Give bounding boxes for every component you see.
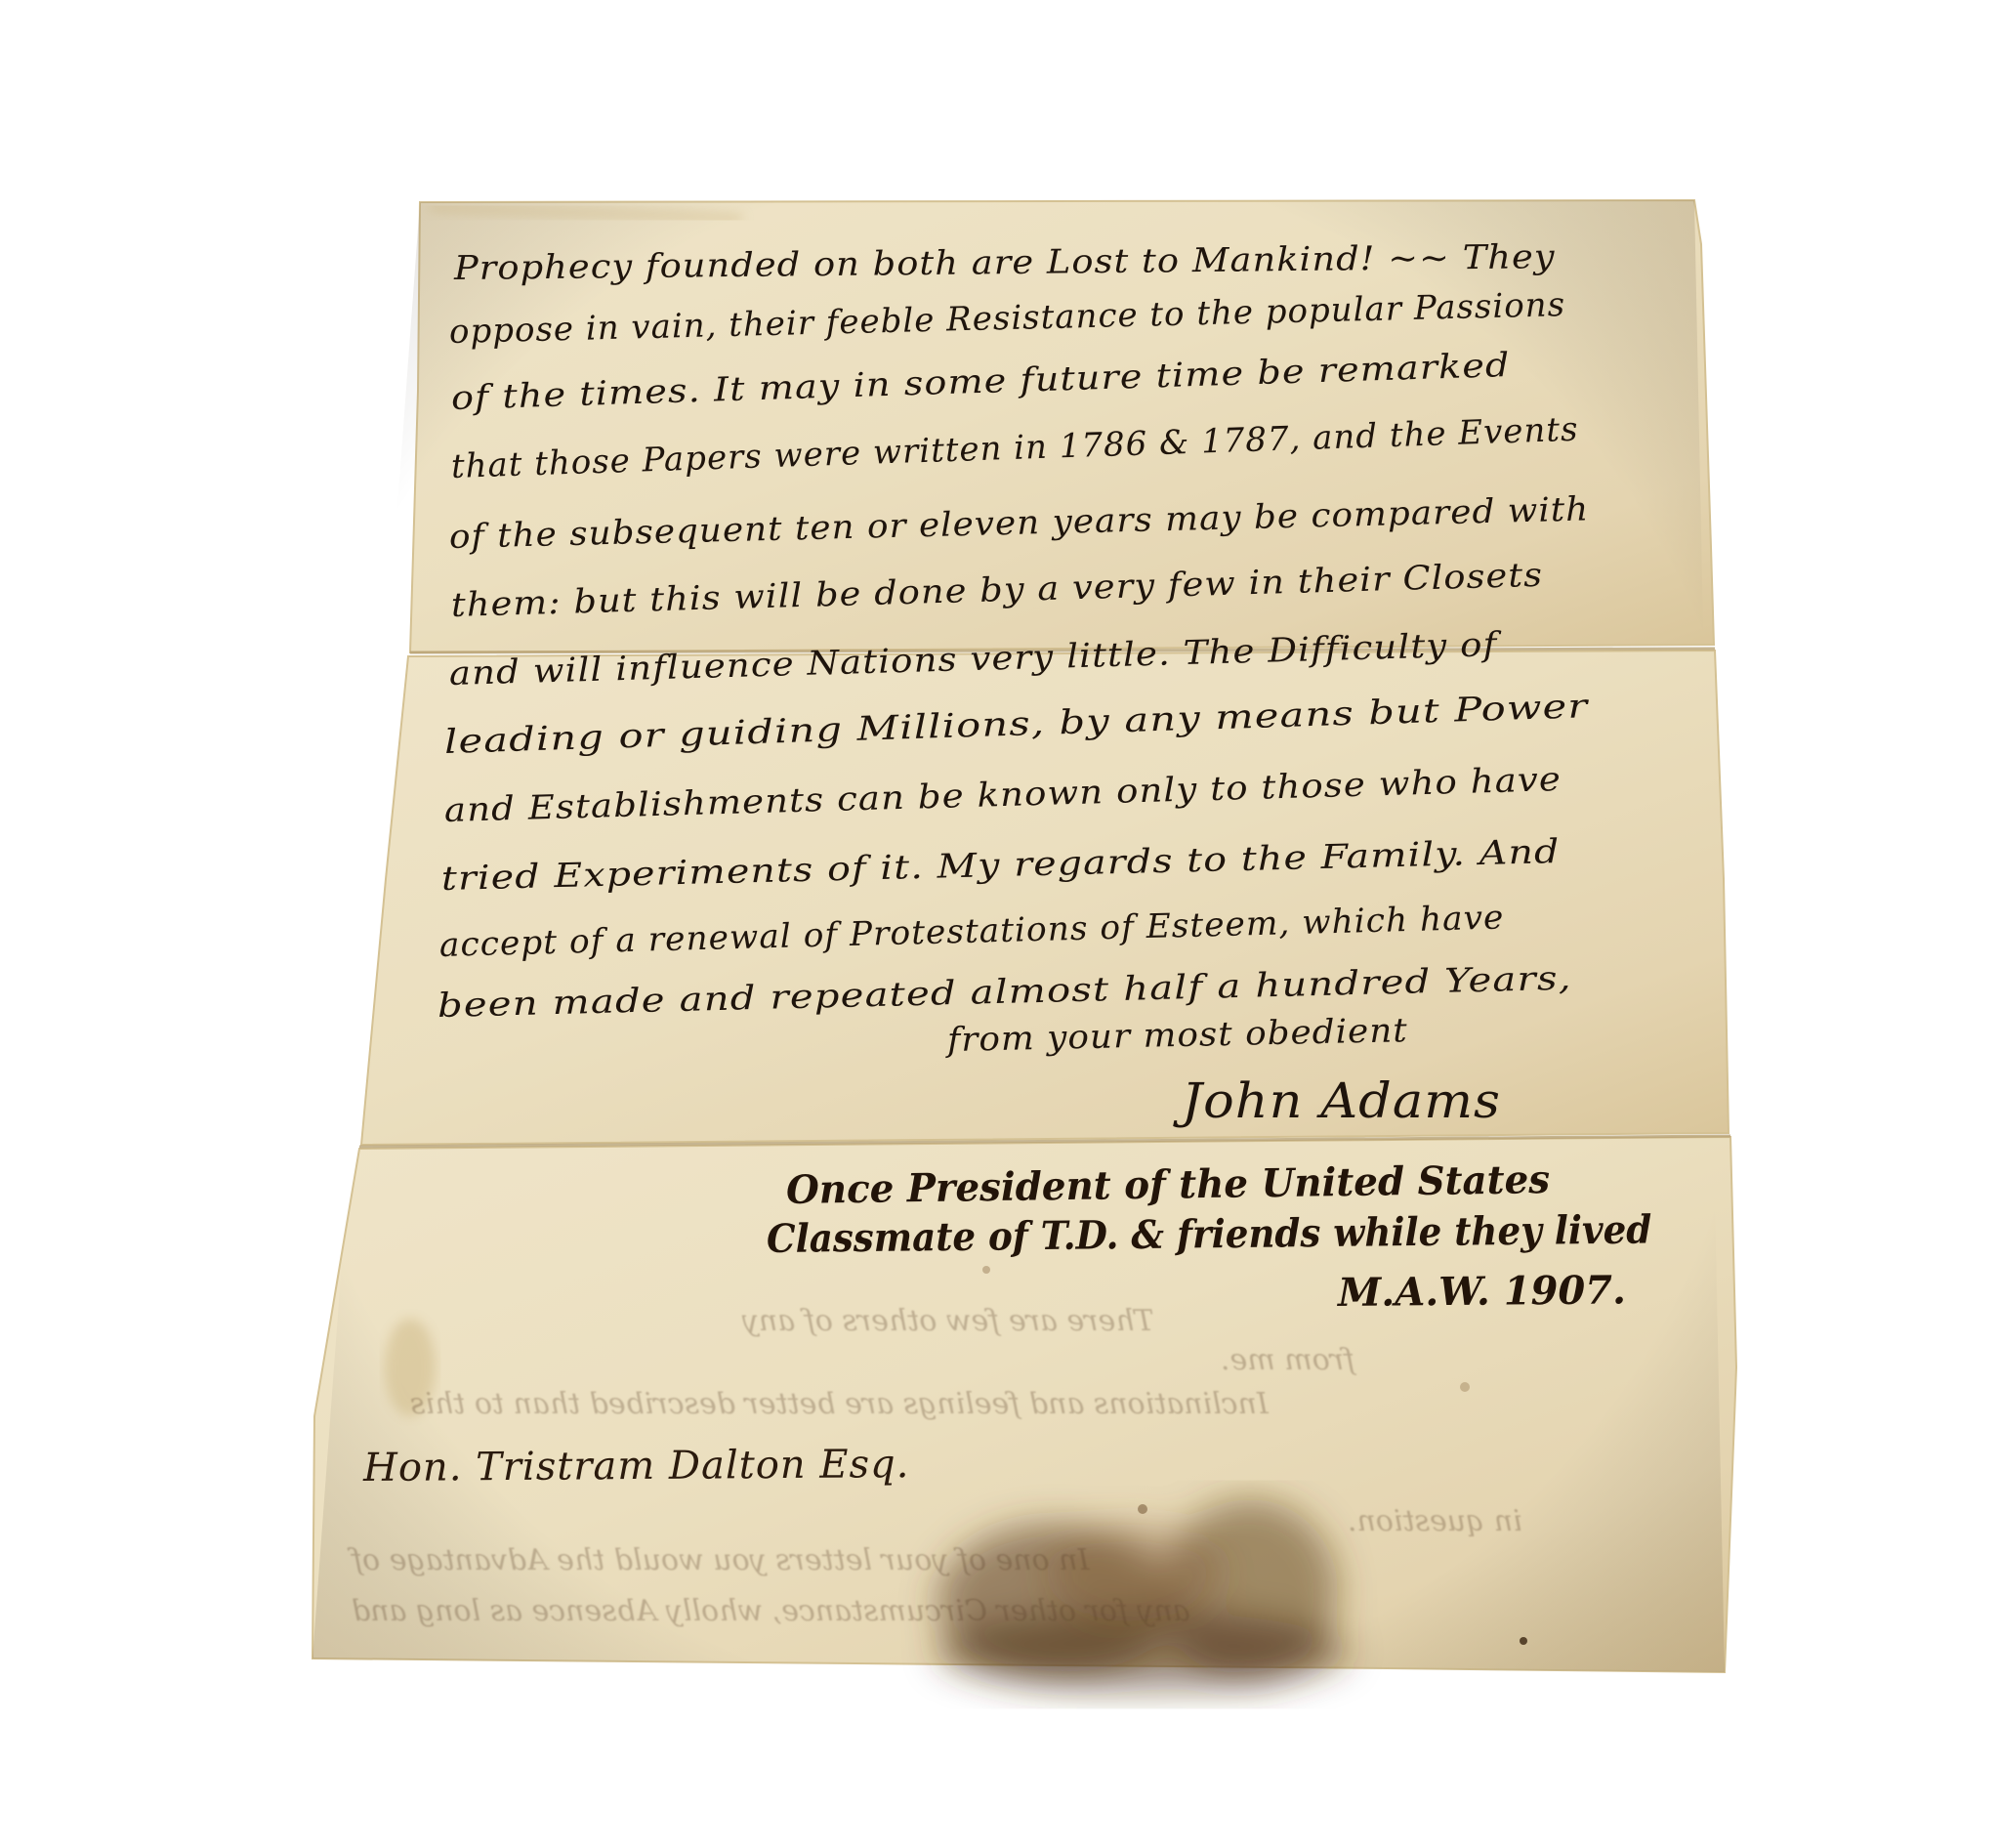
signature: John Adams bbox=[1182, 1072, 1501, 1129]
bleed-through-text: any for other Circumstance, wholly Absen… bbox=[352, 1594, 1190, 1628]
document-photo: There are few others of any from me. Inc… bbox=[0, 0, 2000, 1848]
note-line-2: Classmate of T.D. & friends while they l… bbox=[767, 1207, 1652, 1262]
bleed-through-text: Inclinations and feelings are better des… bbox=[410, 1387, 1269, 1421]
bleed-through-text: from me. bbox=[1221, 1343, 1354, 1377]
bleed-through-text: There are few others of any bbox=[742, 1304, 1154, 1338]
bleed-through-text: in question. bbox=[1348, 1504, 1522, 1538]
addressee: Hon. Tristram Dalton Esq. bbox=[363, 1442, 910, 1491]
bleed-through-text: In one of your letters you would the Adv… bbox=[352, 1543, 1089, 1577]
note-initials-date: M.A.W. 1907. bbox=[1338, 1267, 1626, 1316]
